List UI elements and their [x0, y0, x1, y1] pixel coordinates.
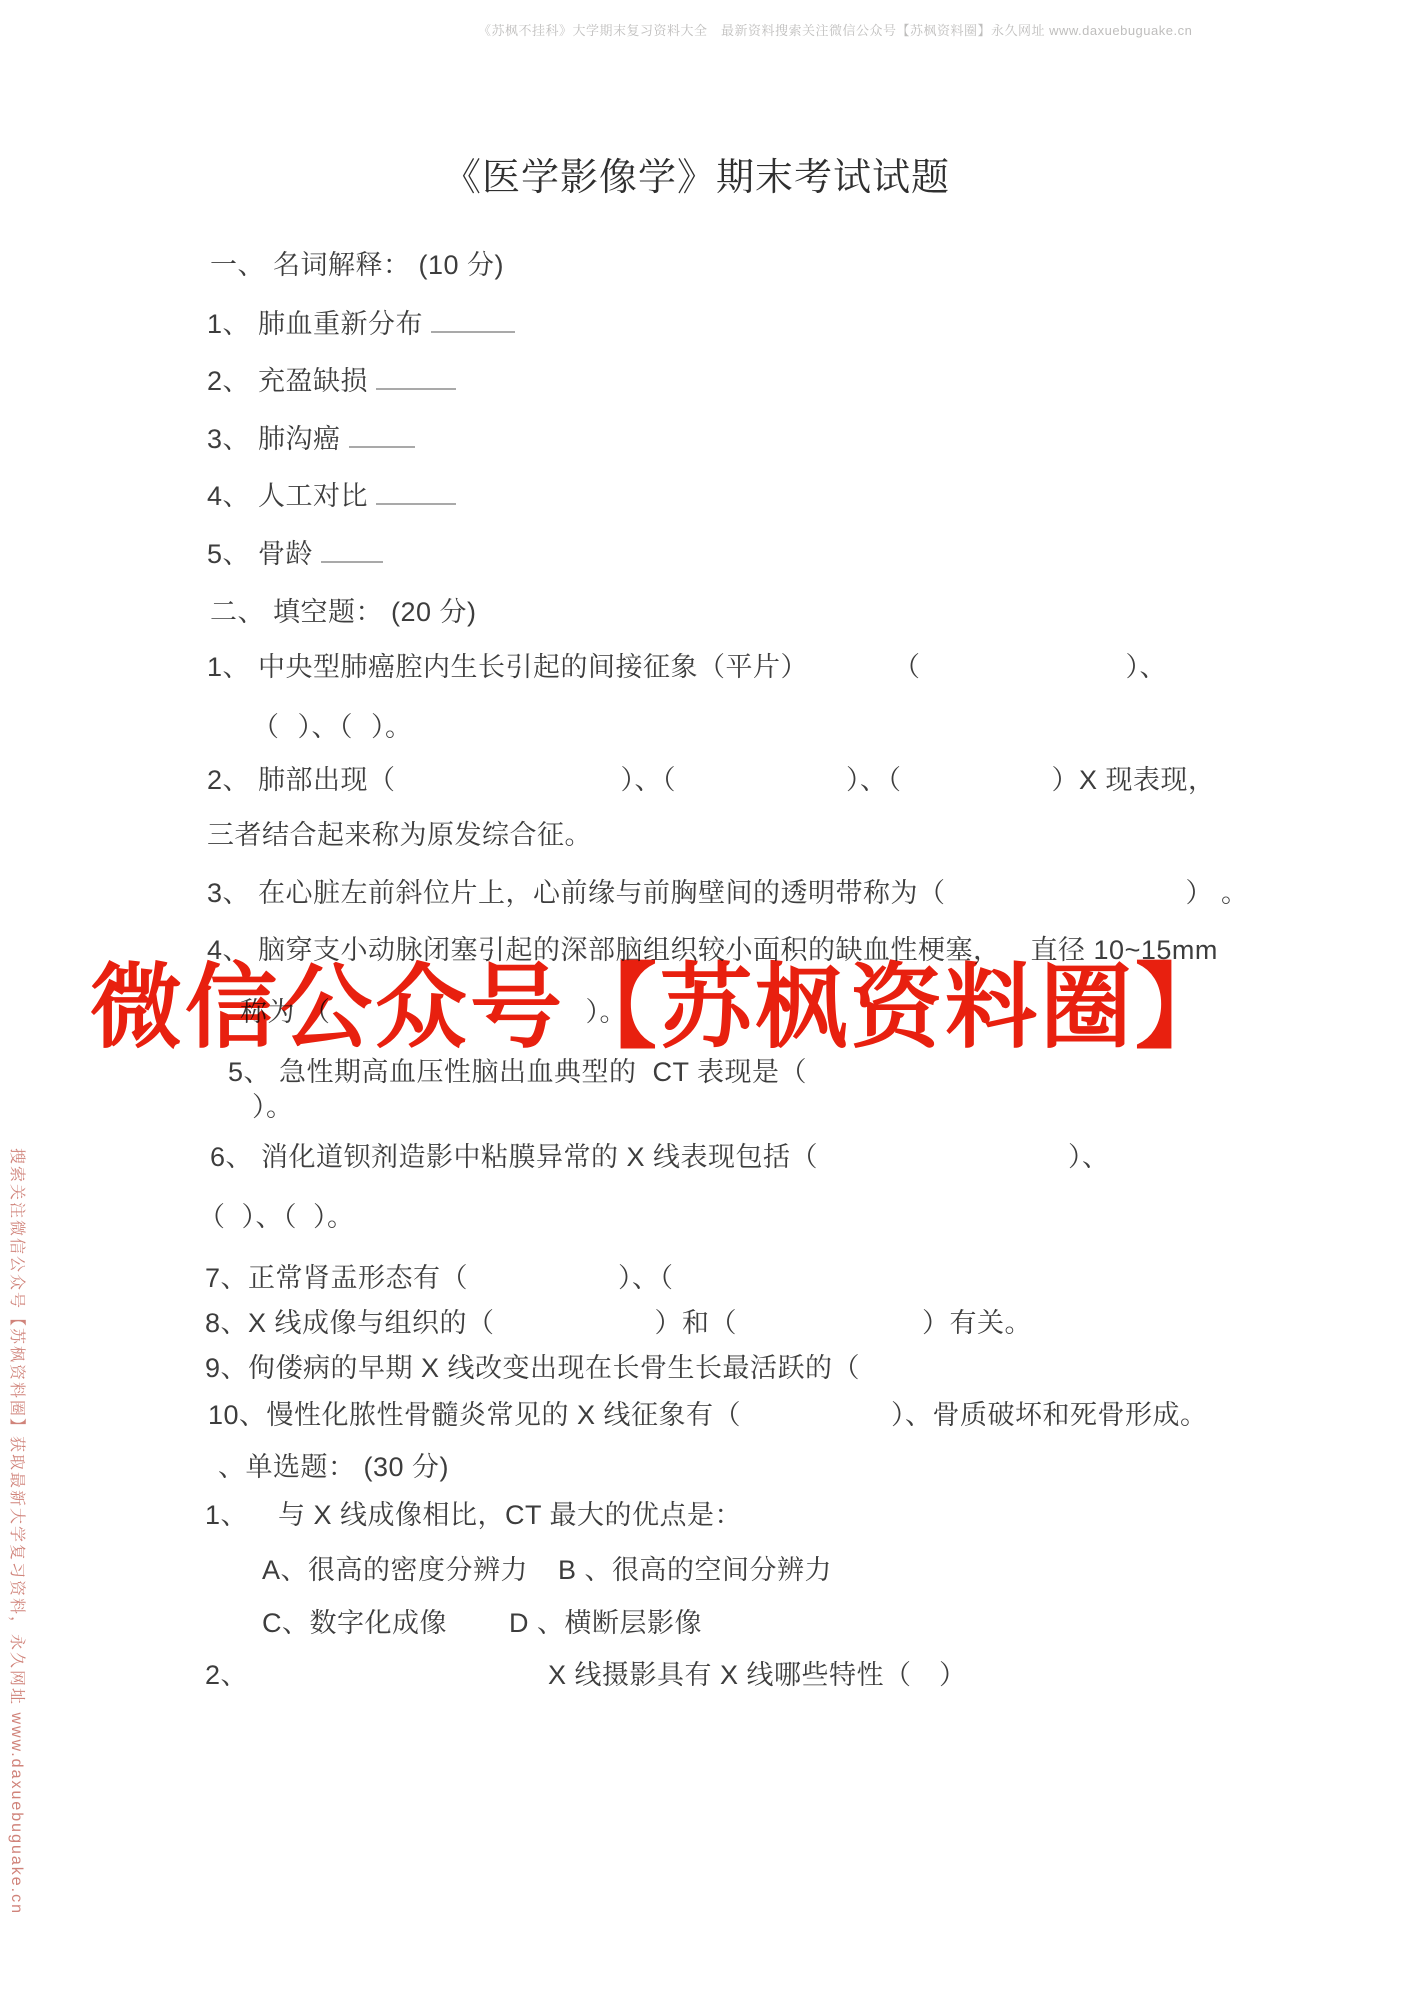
line-text: 与 X 线成像相比，CT 最大的优点是： [278, 1500, 742, 1530]
answer-gap [248, 1523, 278, 1524]
line-text: D 、横断层影像 [509, 1608, 702, 1638]
line-text: 6、 消化道钡剂造影中粘膜异常的 X 线表现包括（ [210, 1142, 818, 1172]
line-text: ）、（ [242, 1202, 298, 1232]
line-text: ）。 [371, 712, 413, 742]
line-text: 1、 中央型肺癌腔内生长引起的间接征象（平片） [207, 652, 808, 682]
fill-item-1-line-2: （）、（）。 [252, 710, 413, 744]
line-text: ）、 [1068, 1142, 1110, 1172]
line-text: 2、 [205, 1660, 248, 1690]
line-text: 一、 名词解释： (10 分) [210, 250, 504, 280]
exam-title: 《医学影像学》期末考试试题 [443, 146, 950, 201]
line-text: 1、 肺血重新分布 [207, 309, 423, 339]
line-text: ）、（ [298, 712, 354, 742]
line-text: 二、 填空题： (20 分) [210, 597, 477, 627]
line-text: 2、 肺部出现（ [207, 765, 396, 795]
choice-item-2-stem: 2、X 线摄影具有 X 线哪些特性（ ） [205, 1658, 967, 1692]
line-text: ）。 [252, 1092, 294, 1122]
fill-blank-line [349, 420, 415, 448]
choice-item-1-options-cd: C、数字化成像D 、横断层影像 [262, 1606, 702, 1640]
line-text: 、单选题： (30 分) [218, 1452, 449, 1482]
fill-item-10: 10、慢性化脓性骨髓炎常见的 X 线征象有（）、骨质破坏和死骨形成。 [208, 1398, 1208, 1432]
fill-item-1-line-1: 1、 中央型肺癌腔内生长引起的间接征象（平片）（）、 [207, 650, 1167, 684]
answer-gap [528, 1578, 558, 1579]
fill-blank-line [376, 477, 456, 505]
line-text: （ [252, 712, 280, 742]
line-text: 3、 肺沟癌 [207, 424, 341, 454]
line-text: ）和（ [655, 1308, 738, 1338]
fill-blank-line [376, 362, 456, 390]
line-text: ）。 [313, 1202, 355, 1232]
answer-gap [818, 1165, 1068, 1166]
fill-item-9: 9、佝偻病的早期 X 线改变出现在长骨生长最活跃的（ [205, 1351, 860, 1385]
fill-item-5-line-2: ）。 [252, 1090, 294, 1124]
answer-gap [946, 901, 1186, 902]
line-text: A、很高的密度分辨力 [262, 1555, 528, 1585]
choice-item-1-options-ab: A、很高的密度分辨力B 、很高的空间分辨力 [262, 1553, 832, 1587]
line-text: ）、（ [846, 765, 902, 795]
line-text: 3、 在心脏左前斜位片上，心前缘与前胸壁间的透明带称为（ [207, 878, 946, 908]
line-text: ）、（ [618, 1263, 674, 1293]
line-text: ）有关。 [922, 1308, 1032, 1338]
line-text: 三者结合起来称为原发综合征。 [207, 820, 592, 850]
answer-gap [447, 1631, 509, 1632]
line-text: ）、骨质破坏和死骨形成。 [891, 1400, 1208, 1430]
line-text: 1、 [205, 1500, 248, 1530]
fill-item-3: 3、 在心脏左前斜位片上，心前缘与前胸壁间的透明带称为（） 。 [207, 876, 1249, 910]
answer-gap [353, 735, 371, 736]
page-header-note: 《苏枫不挂科》大学期末复习资料大全 最新资料搜索关注微信公众号【苏枫资料圈】永久… [478, 20, 1192, 39]
fill-item-6-line-1: 6、 消化道钡剂造影中粘膜异常的 X 线表现包括（）、 [210, 1140, 1110, 1174]
section-2-heading: 二、 填空题： (20 分) [210, 595, 477, 629]
line-text: X 线摄影具有 X 线哪些特性（ ） [548, 1660, 967, 1690]
exam-document-page: 《苏枫不挂科》大学期末复习资料大全 最新资料搜索关注微信公众号【苏枫资料圈】永久… [0, 0, 1417, 2004]
fill-blank-line [321, 535, 383, 563]
line-text: 9、佝偻病的早期 X 线改变出现在长骨生长最活跃的（ [205, 1353, 860, 1383]
fill-item-7: 7、正常肾盂形态有（）、（ [205, 1261, 674, 1295]
answer-gap [921, 675, 1126, 676]
answer-gap [902, 788, 1052, 789]
answer-gap [741, 1423, 891, 1424]
term-item-5: 5、 骨龄 [207, 535, 383, 571]
fill-item-2-line-2: 三者结合起来称为原发综合征。 [207, 818, 592, 852]
section-1-heading: 一、 名词解释： (10 分) [210, 248, 504, 282]
term-item-1: 1、 肺血重新分布 [207, 305, 515, 341]
answer-gap [280, 735, 298, 736]
red-watermark-text: 微信公众号【苏枫资料圈】 [90, 934, 1230, 1066]
fill-item-6-line-2: （）、（）。 [198, 1200, 355, 1234]
line-text: ）、 [1126, 652, 1168, 682]
line-text: ） 。 [1186, 878, 1249, 908]
term-item-3: 3、 肺沟癌 [207, 420, 415, 456]
line-text: ）X 现表现， [1052, 765, 1216, 795]
choice-item-1-stem: 1、与 X 线成像相比，CT 最大的优点是： [205, 1498, 742, 1532]
line-text: 8、X 线成像与组织的（ [205, 1308, 495, 1338]
answer-gap [495, 1331, 655, 1332]
answer-gap [248, 1683, 548, 1684]
line-text: C、数字化成像 [262, 1608, 447, 1638]
answer-gap [226, 1225, 242, 1226]
line-text: 5、 骨龄 [207, 539, 313, 569]
answer-gap [808, 675, 893, 676]
line-text: （ [198, 1202, 226, 1232]
line-text: 2、 充盈缺损 [207, 366, 368, 396]
answer-gap [396, 788, 621, 789]
line-text: 7、正常肾盂形态有（ [205, 1263, 468, 1293]
fill-item-8: 8、X 线成像与组织的（）和（）有关。 [205, 1306, 1032, 1340]
fill-blank-line [431, 305, 515, 333]
term-item-4: 4、 人工对比 [207, 477, 456, 513]
answer-gap [297, 1225, 313, 1226]
answer-gap [676, 788, 846, 789]
section-3-heading: 、单选题： (30 分) [218, 1450, 449, 1484]
answer-gap [737, 1331, 922, 1332]
line-text: （ [893, 652, 921, 682]
line-text: B 、很高的空间分辨力 [558, 1555, 832, 1585]
answer-gap [468, 1286, 618, 1287]
line-text: 4、 人工对比 [207, 481, 368, 511]
line-text: ）、（ [621, 765, 677, 795]
fill-item-2-line-1: 2、 肺部出现（）、（）、（）X 现表现， [207, 763, 1216, 797]
line-text: 10、慢性化脓性骨髓炎常见的 X 线征象有（ [208, 1400, 741, 1430]
side-watermark-text: 搜索关注微信公众号【苏枫资料圈】获取最新大学复习资料，永久网址 www.daxu… [7, 1148, 30, 1915]
term-item-2: 2、 充盈缺损 [207, 362, 456, 398]
